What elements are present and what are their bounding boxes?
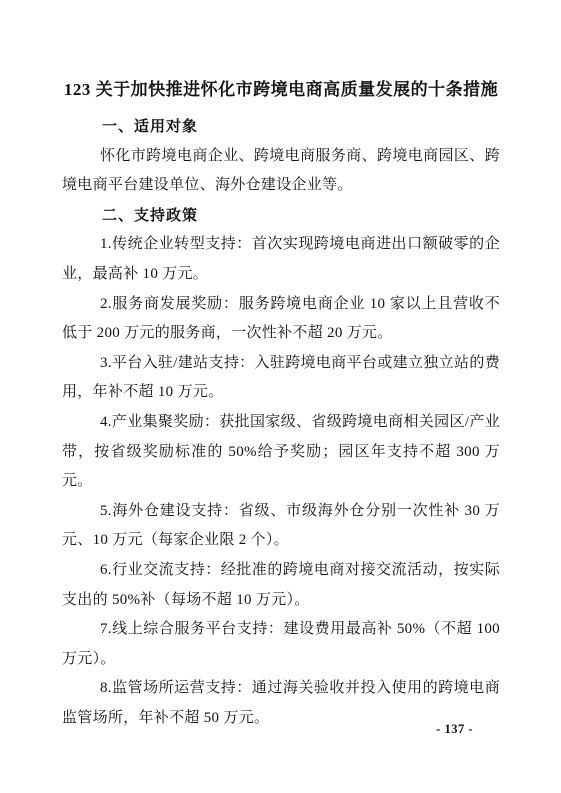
policy-item-3: 3.平台入驻/建站支持：入驻跨境电商平台或建立独立站的费用，年补不超 10 万元… [62, 349, 500, 408]
document-title: 123 关于加快推进怀化市跨境电商高质量发展的十条措施 [62, 78, 500, 102]
document-page: 123 关于加快推进怀化市跨境电商高质量发展的十条措施 一、适用对象 怀化市跨境… [0, 0, 561, 793]
policy-item-5: 5.海外仓建设支持：省级、市级海外仓分别一次性补 30 万元、10 万元（每家企… [62, 497, 500, 556]
policy-item-7: 7.线上综合服务平台支持：建设费用最高补 50%（不超 100 万元）。 [62, 615, 500, 674]
policy-item-6: 6.行业交流支持：经批准的跨境电商对接交流活动，按实际支出的 50%补（每场不超… [62, 556, 500, 615]
section-heading-applicable-targets: 一、适用对象 [62, 112, 500, 142]
paragraph-applicable-targets: 怀化市跨境电商企业、跨境电商服务商、跨境电商园区、跨境电商平台建设单位、海外仓建… [62, 142, 500, 201]
policy-item-1: 1.传统企业转型支持：首次实现跨境电商进出口额破零的企业，最高补 10 万元。 [62, 230, 500, 289]
document-content: 123 关于加快推进怀化市跨境电商高质量发展的十条措施 一、适用对象 怀化市跨境… [62, 78, 500, 733]
policy-item-2: 2.服务商发展奖励：服务跨境电商企业 10 家以上且营收不低于 200 万元的服… [62, 290, 500, 349]
page-number: - 137 - [436, 722, 473, 737]
section-heading-support-policies: 二、支持政策 [62, 201, 500, 231]
policy-item-4: 4.产业集聚奖励：获批国家级、省级跨境电商相关园区/产业带，按省级奖励标准的 5… [62, 408, 500, 497]
document-body: 一、适用对象 怀化市跨境电商企业、跨境电商服务商、跨境电商园区、跨境电商平台建设… [62, 112, 500, 733]
policy-item-8: 8.监管场所运营支持：通过海关验收并投入使用的跨境电商监管场所，年补不超 50 … [62, 674, 500, 733]
